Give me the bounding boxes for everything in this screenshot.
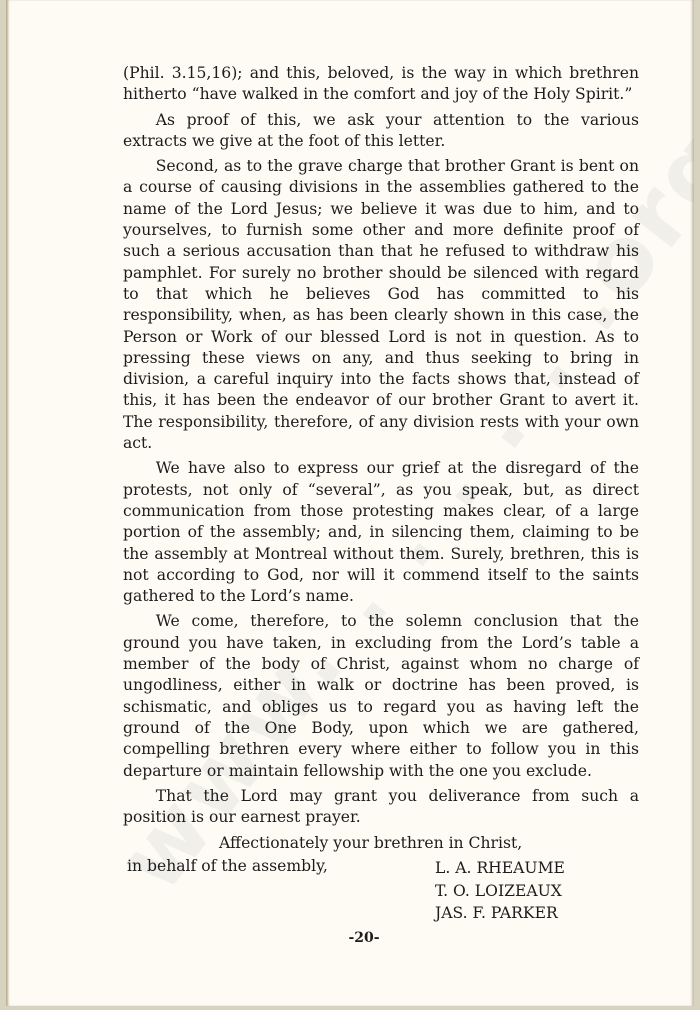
signatory: JAS. F. PARKER (435, 902, 605, 925)
paragraph-1: (Phil. 3.15,16); and this, beloved, is t… (123, 63, 639, 106)
paragraph-4: We have also to express our grief at the… (123, 458, 639, 607)
closing-salutation: Affectionately your brethren in Christ, (219, 834, 522, 852)
page-number: -20- (6, 930, 694, 946)
letter-body: (Phil. 3.15,16); and this, beloved, is t… (123, 63, 639, 828)
paragraph-2: As proof of this, we ask your attention … (123, 110, 639, 153)
paragraph-5: We come, therefore, to the solemn conclu… (123, 611, 639, 781)
behalf-line: in behalf of the assembly, (127, 857, 328, 875)
signatory: T. O. LOIZEAUX (435, 880, 605, 903)
paragraph-6: That the Lord may grant you deliverance … (123, 786, 639, 829)
paragraph-3: Second, as to the grave charge that brot… (123, 156, 639, 454)
signatory: L. A. RHEAUME (435, 857, 605, 880)
signatories: L. A. RHEAUME T. O. LOIZEAUX JAS. F. PAR… (435, 857, 605, 925)
document-page: www. . . . . . .org (Phil. 3.15,16); and… (6, 0, 694, 1006)
